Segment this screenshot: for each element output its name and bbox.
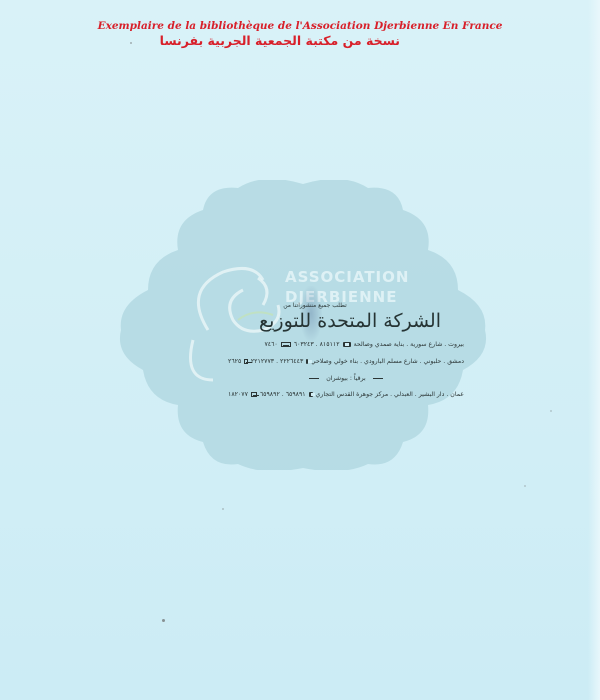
phone-number: ٦٥٩٨٩١ . ٦٥٩٨٩٢ — [260, 391, 306, 398]
phone-number: ٢٢٢٦٤٤٣ . ٢٢١٢٧٧٣ — [251, 358, 303, 365]
scan-speck — [524, 485, 526, 487]
envelope-box-icon — [251, 392, 257, 397]
address-amman: عمان . دار البشير . العبدلي . مركز جوهرة… — [228, 391, 464, 398]
telephone-icon — [343, 342, 351, 347]
telegraph-line: برقياً : بيوشران — [228, 375, 464, 382]
po-box-number: ٢٦٢٥ — [228, 358, 241, 365]
scan-speck — [222, 508, 224, 510]
address-location: دمشق . حلبوني . شارع مسلم البارودي . بنا… — [311, 358, 464, 365]
publisher-intro: تطلب جميع منشوراتنا من — [255, 302, 375, 309]
address-beirut: بيروت . شارع سورية . بناية صمدي وصالحة ٨… — [228, 341, 464, 348]
address-location: بيروت . شارع سورية . بناية صمدي وصالحة — [354, 341, 464, 348]
address-location: عمان . دار البشير . العبدلي . مركز جوهرة… — [316, 391, 465, 398]
scan-speck — [162, 619, 165, 622]
telephone-icon — [306, 359, 308, 364]
scan-speck — [550, 410, 552, 412]
page-edge — [588, 0, 600, 700]
telephone-icon — [309, 392, 313, 397]
watermark-text-association: ASSOCIATION — [285, 268, 409, 286]
envelope-box-icon — [281, 342, 291, 347]
address-damascus: دمشق . حلبوني . شارع مسلم البارودي . بنا… — [228, 358, 464, 365]
po-box-number: ٧٤٦٠ — [264, 341, 277, 348]
po-box-number: ١٨٢٠٧٧ — [228, 391, 248, 398]
scan-speck — [130, 42, 132, 44]
phone-number: ٨١٥١١٢ . ٦٠٣٢٤٣ — [294, 341, 340, 348]
divider-dash — [309, 378, 319, 379]
library-stamp-arabic: نسخة من مكتبة الجمعية الجربية بفرنسا — [160, 33, 400, 48]
telegraph-address: برقياً : بيوشران — [326, 375, 366, 382]
publisher-name: الشركة المتحدة للتوزيع — [240, 310, 460, 332]
envelope-box-icon — [244, 359, 248, 364]
divider-dash — [373, 378, 383, 379]
library-stamp-french: Exemplaire de la bibliothèque de l'Assoc… — [90, 20, 510, 32]
